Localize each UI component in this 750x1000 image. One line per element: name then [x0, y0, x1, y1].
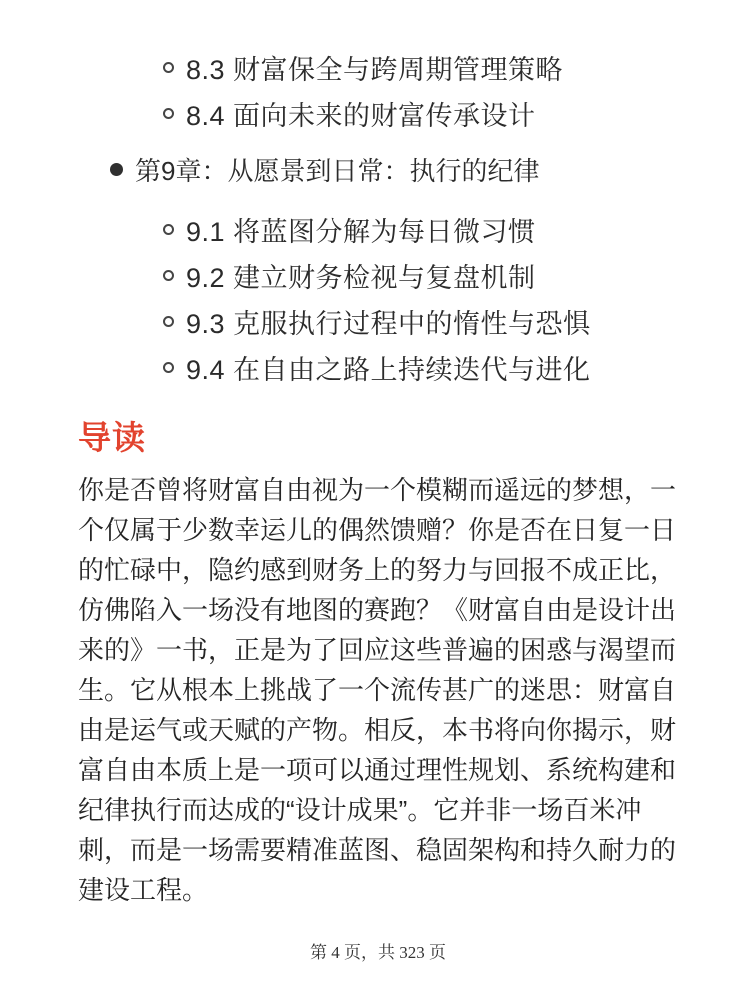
toc-item-label: 9.2 建立财务检视与复盘机制	[186, 256, 536, 295]
toc-item-label: 9.1 将蓝图分解为每日微习惯	[186, 210, 536, 249]
toc-item-9-1: 9.1 将蓝图分解为每日微习惯	[78, 206, 678, 252]
toc-item-label: 8.4 面向未来的财富传承设计	[186, 94, 536, 133]
toc-sublist-chapter9: 9.1 将蓝图分解为每日微习惯 9.2 建立财务检视与复盘机制 9.3 克服执行…	[78, 206, 678, 390]
circle-bullet-icon	[163, 224, 174, 235]
circle-bullet-icon	[163, 270, 174, 281]
toc-item-label: 8.3 财富保全与跨周期管理策略	[186, 48, 563, 87]
section-heading: 导读	[78, 418, 678, 458]
circle-bullet-icon	[163, 62, 174, 73]
page-number: 第 4 页，共 323 页	[310, 943, 446, 962]
circle-bullet-icon	[163, 316, 174, 327]
page-footer: 第 4 页，共 323 页	[78, 942, 678, 964]
toc-item-9-3: 9.3 克服执行过程中的惰性与恐惧	[78, 298, 678, 344]
toc-item-8-4: 8.4 面向未来的财富传承设计	[78, 90, 678, 136]
toc-sublist-chapter8: 8.3 财富保全与跨周期管理策略 8.4 面向未来的财富传承设计	[78, 44, 678, 136]
circle-bullet-icon	[163, 362, 174, 373]
toc-chapter-label: 第9章：从愿景到日常：执行的纪律	[135, 151, 539, 188]
toc-item-chapter9: 第9章：从愿景到日常：执行的纪律	[78, 146, 678, 192]
toc-item-label: 9.3 克服执行过程中的惰性与恐惧	[186, 302, 591, 341]
toc-item-9-2: 9.2 建立财务检视与复盘机制	[78, 252, 678, 298]
toc-item-9-4: 9.4 在自由之路上持续迭代与进化	[78, 344, 678, 390]
circle-bullet-icon	[163, 108, 174, 119]
disc-bullet-icon	[110, 163, 123, 176]
page-content: 8.3 财富保全与跨周期管理策略 8.4 面向未来的财富传承设计 第9章：从愿景…	[0, 0, 750, 964]
document-page: 8.3 财富保全与跨周期管理策略 8.4 面向未来的财富传承设计 第9章：从愿景…	[0, 0, 750, 1000]
intro-paragraph: 你是否曾将财富自由视为一个模糊而遥远的梦想，一个仅属于少数幸运儿的偶然馈赠？你是…	[78, 470, 678, 910]
toc-item-8-3: 8.3 财富保全与跨周期管理策略	[78, 44, 678, 90]
toc-item-label: 9.4 在自由之路上持续迭代与进化	[186, 348, 591, 387]
